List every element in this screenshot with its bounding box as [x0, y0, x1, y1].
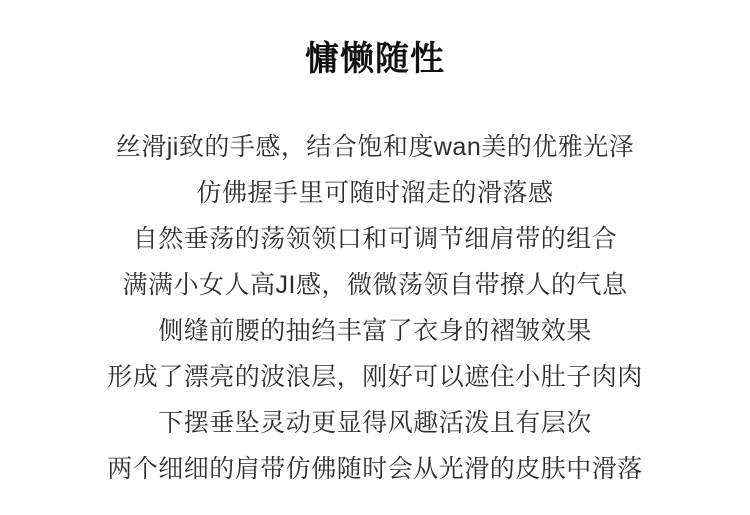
description-block: 丝滑ji致的手感，结合饱和度wan美的优雅光泽 仿佛握手里可随时溜走的滑落感 自…	[0, 124, 750, 492]
product-description-page: 慵懒随性 丝滑ji致的手感，结合饱和度wan美的优雅光泽 仿佛握手里可随时溜走的…	[0, 0, 750, 515]
page-title: 慵懒随性	[0, 0, 750, 76]
description-line: 两个细细的肩带仿佛随时会从光滑的皮肤中滑落	[0, 446, 750, 492]
description-line: 自然垂荡的荡领领口和可调节细肩带的组合	[0, 216, 750, 262]
description-line: 形成了漂亮的波浪层，刚好可以遮住小肚子肉肉	[0, 354, 750, 400]
description-line: 满满小女人高JI感，微微荡领自带撩人的气息	[0, 262, 750, 308]
description-line: 仿佛握手里可随时溜走的滑落感	[0, 170, 750, 216]
description-line: 侧缝前腰的抽绉丰富了衣身的褶皱效果	[0, 308, 750, 354]
description-line: 丝滑ji致的手感，结合饱和度wan美的优雅光泽	[0, 124, 750, 170]
description-line: 下摆垂坠灵动更显得风趣活泼且有层次	[0, 400, 750, 446]
